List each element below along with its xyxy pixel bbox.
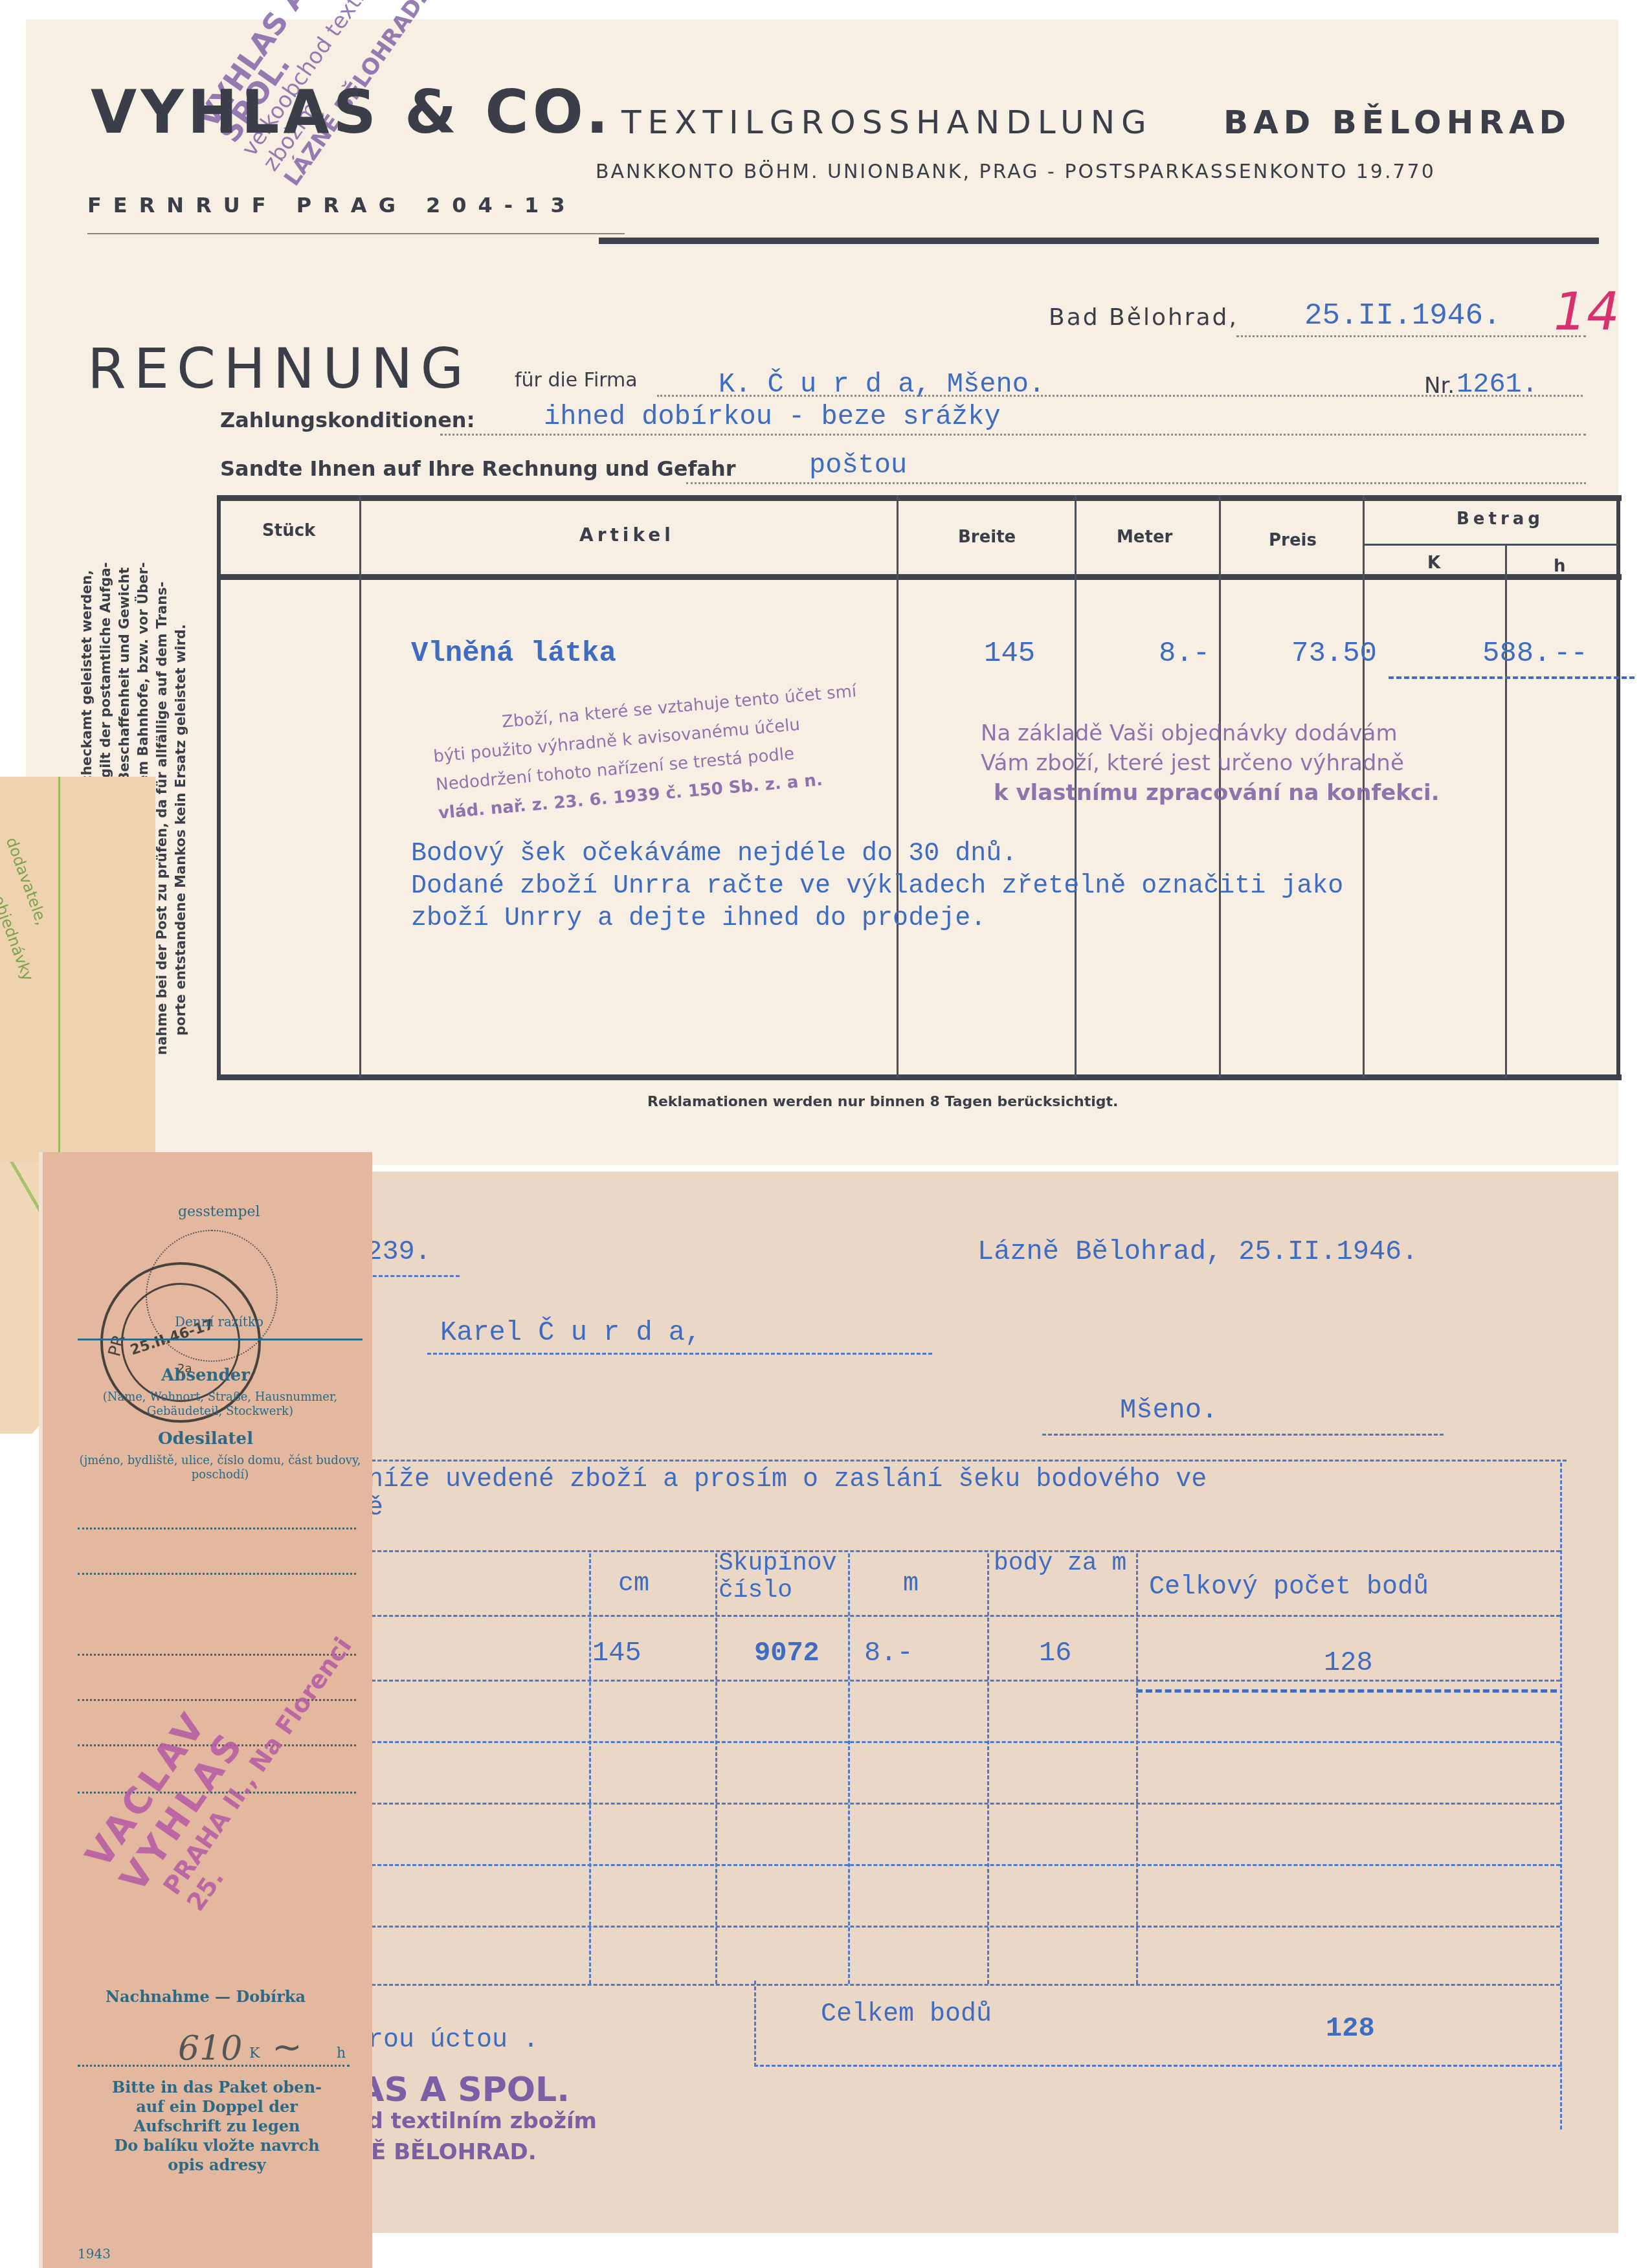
- parcel-instructions: Bitte in das Paket oben- auf ein Doppel …: [65, 2078, 369, 2175]
- betrag-subrule: [1363, 544, 1618, 546]
- cod-line: [78, 2065, 350, 2067]
- invoice-date: 25.II.1946.: [1304, 299, 1501, 333]
- cell-artikel: Vlněná látka: [411, 638, 616, 670]
- sender-address-stamp: VACLAV VYHLAS PRAHA II., Na Florenci 25.: [78, 1554, 401, 1932]
- sender-hint-cz: (jméno, bydliště, ulice, číslo domu, čás…: [78, 1454, 363, 1482]
- instruction-line: Aufschrift zu legen: [65, 2117, 369, 2136]
- col-header-betrag: Betrag: [1457, 509, 1544, 529]
- company-city: BAD BĚLOHRAD: [1223, 104, 1571, 141]
- payment-line: [440, 434, 1586, 436]
- side-note-line: porte entstandene Mankos kein Ersatz gel…: [172, 511, 190, 1055]
- receipt-col-header: Skupinov číslo: [719, 1550, 842, 1605]
- receipt-cell: 128: [1324, 1647, 1373, 1678]
- place-label: Bad Bělohrad,: [1049, 304, 1238, 331]
- stamp-line: k vlastnímu zpracování na konfekci.: [981, 778, 1563, 808]
- receipt-table-row: ka 145 9072 8.- 16 128: [324, 1634, 1560, 1673]
- total-underline: [1389, 676, 1635, 679]
- points-total-label: Celkem bodů: [821, 2000, 992, 2029]
- recipient-underline: [427, 1353, 932, 1355]
- receipt-blank-row: [337, 1741, 1560, 1743]
- cell-breite: 145: [984, 638, 1035, 670]
- date-line: [1236, 335, 1586, 337]
- company-type: TEXTILGROSSHANDLUNG: [621, 104, 1153, 141]
- col-header-breite: Breite: [958, 528, 1016, 547]
- points-total-underline: [1136, 1689, 1557, 1693]
- receipt-col-header: body za m: [994, 1550, 1130, 1577]
- label-year: 1943: [78, 2246, 111, 2262]
- invoice-table: Stück Artikel Breite Meter Preis Betrag …: [217, 495, 1622, 1078]
- phone-number: FERNRUF PRAG 204-13: [87, 193, 577, 217]
- receipt-cell: 16: [1039, 1638, 1071, 1669]
- note-line: zboží Unrry a dejte ihned do prodeje.: [411, 903, 1343, 935]
- points-total-box: Celkem bodů 128: [754, 1981, 1562, 2067]
- shipping-value: poštou: [809, 450, 907, 481]
- receipt-cell: 9072: [754, 1638, 820, 1669]
- col-header-preis: Preis: [1269, 531, 1317, 550]
- receipt-col-divider: [987, 1553, 989, 1984]
- receipt-table-top: [337, 1550, 1560, 1552]
- intro-line: ůtě: [337, 1495, 1207, 1523]
- label-edge: [39, 1152, 43, 2268]
- receipt-blank-row: [337, 1803, 1560, 1805]
- city-underline: [1042, 1434, 1444, 1436]
- receipt-col-header: cm: [618, 1570, 649, 1599]
- points-total-value: 128: [1326, 2013, 1375, 2044]
- sender-heading-de: Absender: [39, 1366, 372, 1385]
- intro-text: m níže uvedené zboží a prosím o zaslání …: [337, 1466, 1207, 1523]
- label-top-text: gesstempel: [178, 1204, 260, 1220]
- receipt-col-divider: [1136, 1553, 1138, 1984]
- cod-amount: 610: [178, 2029, 242, 2068]
- table-bottom-rule: [217, 1074, 1622, 1080]
- receipt-blank-row: [337, 1864, 1560, 1866]
- stamp-line: ZNĚ BĚLOHRAD.: [337, 2137, 597, 2168]
- cod-k: K: [249, 2045, 260, 2062]
- document-title: RECHNUNG: [87, 337, 471, 401]
- shipping-label: Sandte Ihnen auf Ihre Rechnung und Gefah…: [220, 456, 735, 481]
- cell-betrag-h: --: [1554, 638, 1588, 670]
- day-stamp-label: Denní razítko: [175, 1314, 263, 1329]
- payment-terms-label: Zahlungskonditionen:: [220, 408, 474, 432]
- table-row: Vlněná látka 145 8.- 73.50 588. --: [217, 638, 1622, 676]
- label-divider: [78, 1339, 363, 1340]
- invoice-number: 1261.: [1457, 369, 1538, 400]
- cell-betrag-k: 588.: [1482, 638, 1551, 670]
- firm-label: für die Firma: [515, 369, 638, 392]
- receipt-col-divider: [589, 1553, 591, 1984]
- instruction-line: Do balíku vložte navrch: [65, 2136, 369, 2155]
- typed-notes: Bodový šek očekáváme nejdéle do 30 dnů. …: [411, 838, 1343, 935]
- table-top-rule: [217, 495, 1622, 501]
- receipt-col-header: m: [903, 1570, 919, 1599]
- intro-top-rule: [337, 1460, 1567, 1462]
- receipt-company-stamp: LAS A SPOL. hod textilním zbožím ZNĚ BĚL…: [337, 2074, 597, 2168]
- table-left-rule: [217, 495, 221, 1080]
- col-divider: [359, 495, 361, 1078]
- stamp-line: Na základě Vaši objednávky dodávám: [981, 718, 1563, 748]
- col-header-k: K: [1427, 553, 1440, 573]
- note-line: Dodané zboží Unrra račte ve výkladech zř…: [411, 871, 1343, 903]
- complaints-note: Reklamationen werden nur binnen 8 Tagen …: [647, 1094, 1118, 1110]
- invoice-sheet: VYHLAS A SPOL. velkoobchod textilním zbo…: [26, 19, 1618, 1165]
- cod-h: h: [337, 2045, 346, 2062]
- receipt-cell: 145: [592, 1638, 642, 1669]
- recipient-name: Karel Č u r d a,: [440, 1317, 701, 1348]
- receipt-col-header: Celkový počet bodů: [1149, 1573, 1429, 1602]
- stamp-line: LAS A SPOL.: [337, 2074, 597, 2106]
- regulation-stamp: Zboží, na které se vztahuje tento účet s…: [430, 671, 930, 828]
- header-thin-rule: [87, 233, 625, 234]
- nr-label: Nr.: [1424, 373, 1455, 399]
- order-confirmation-stamp: Na základě Vaši objednávky dodávám Vám z…: [981, 718, 1563, 808]
- sender-heading-cz: Odesilatel: [39, 1429, 372, 1449]
- stamp-line: hod textilním zbožím: [337, 2106, 597, 2137]
- receipt-row-bottom: [337, 1680, 1560, 1682]
- cod-tilde: ~: [272, 2026, 302, 2068]
- col-header-meter: Meter: [1117, 528, 1172, 547]
- firm-value: K. Č u r d a, Mšeno.: [719, 369, 1045, 400]
- sender-line: [78, 1528, 356, 1529]
- table-right-rule: [1616, 495, 1620, 1080]
- instruction-line: Bitte in das Paket oben-: [65, 2078, 369, 2097]
- col-header-h: h: [1554, 557, 1566, 576]
- receipt-place-date: Lázně Bělohrad, 25.II.1946.: [977, 1236, 1418, 1267]
- instruction-line: opis adresy: [65, 2155, 369, 2175]
- stamp-line: Vám zboží, které jest určeno výhradně: [981, 748, 1563, 778]
- points-receipt-sheet: 1239. Lázně Bělohrad, 25.II.1946. Karel …: [324, 1172, 1618, 2233]
- col-header-stueck: Stück: [262, 521, 315, 540]
- side-note-line: nahme bei der Post zu prüfen, da für all…: [153, 511, 172, 1055]
- note-line: Bodový šek očekáváme nejdéle do 30 dnů.: [411, 838, 1343, 871]
- receipt-cell: 8.-: [864, 1638, 913, 1669]
- cell-meter: 8.-: [1159, 638, 1210, 670]
- bank-info: BANKKONTO BÖHM. UNIONBANK, PRAG - POSTSP…: [596, 161, 1436, 183]
- col-header-artikel: Artikel: [579, 524, 675, 546]
- company-name: VYHLAS & CO.: [91, 78, 612, 147]
- cell-preis: 73.50: [1291, 638, 1377, 670]
- receipt-col-divider: [848, 1553, 850, 1984]
- receipt-blank-row: [337, 1926, 1560, 1928]
- handwritten-number: 14: [1554, 282, 1620, 342]
- shipping-line: [686, 482, 1586, 484]
- payment-terms-value: ihned dobírkou - beze srážky: [544, 401, 1001, 432]
- receipt-header-bottom: [337, 1615, 1560, 1617]
- header-thick-rule: [599, 238, 1599, 244]
- intro-line: m níže uvedené zboží a prosím o zaslání …: [337, 1466, 1207, 1495]
- instruction-line: auf ein Doppel der: [65, 2097, 369, 2117]
- cod-label: Nachnahme — Dobírka: [39, 1987, 372, 2006]
- sender-hint-de: (Name, Wohnort, Straße, Hausnummer, Gebä…: [78, 1390, 363, 1419]
- table-header-rule: [217, 574, 1622, 580]
- parcel-cod-label: gesstempel PR 25.II.46-17 2a Denní razít…: [39, 1152, 372, 2268]
- recipient-city: Mšeno.: [1120, 1395, 1218, 1426]
- receipt-col-divider: [715, 1553, 717, 1984]
- col-divider: [1505, 544, 1507, 1078]
